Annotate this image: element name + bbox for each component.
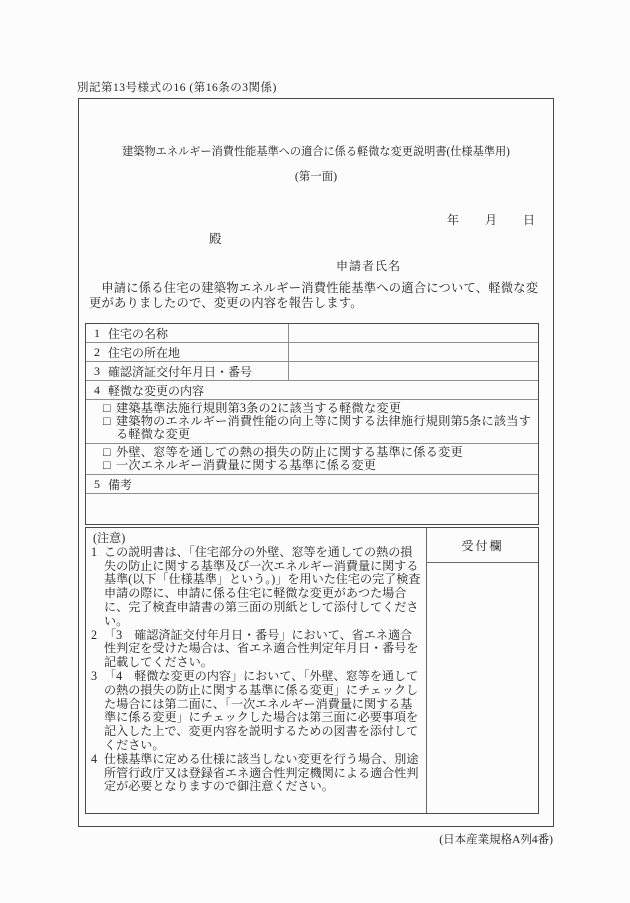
notes-title: (注意)	[91, 532, 422, 546]
table-row-minor-change-header: 4 軽微な変更の内容	[86, 381, 538, 400]
scanned-form-page: 別記第13号様式の16 (第16条の3関係) 建築物エネルギー消費性能基準への適…	[0, 0, 630, 903]
note-item-1: 1この説明書は、「住宅部分の外壁、窓等を通しての熱の損失の防止に関する基準及び一…	[91, 546, 422, 629]
checkbox-group-regulation: □建築基準法施行規則第3条の2に該当する軽微な変更 □建築物のエネルギー消費性能…	[86, 400, 538, 444]
row-number: 1	[86, 326, 108, 341]
house-name-value-cell	[289, 324, 538, 342]
row-number: 2	[86, 345, 108, 360]
reception-stamp-area	[427, 563, 538, 813]
note-text: この説明書は、「住宅部分の外壁、窓等を通しての熱の損失の防止に関する基準及び一次…	[104, 545, 420, 628]
checkbox-label: 建築基準法施行規則第3条の2に該当する軽微な変更	[116, 401, 401, 415]
checkbox-icon: □	[103, 459, 116, 472]
house-location-value-cell	[289, 343, 538, 361]
table-row-house-name: 1 住宅の名称	[86, 324, 538, 343]
row-label: 確認済証交付年月日・番号	[108, 363, 252, 380]
row-label: 住宅の所在地	[108, 344, 180, 361]
row-label-cell: 2 住宅の所在地	[86, 343, 289, 361]
page-face-label: (第一面)	[79, 168, 553, 184]
row-label-cell: 1 住宅の名称	[86, 324, 289, 342]
row-number: 5	[86, 477, 108, 492]
form-border-box: 建築物エネルギー消費性能基準への適合に係る軽微な変更説明書(仕様基準用) (第一…	[78, 98, 554, 827]
row-label: 備考	[108, 476, 132, 493]
form-number-label: 別記第13号様式の16 (第16条の3関係)	[77, 79, 277, 95]
note-text: 「3 確認済証交付年月日・番号」において、省エネ適合性判定を受けた場合は、省エネ…	[104, 628, 418, 670]
note-number: 4	[91, 753, 104, 767]
note-text: 「4 軽微な変更の内容」において、「外壁、窓等を通しての熱の損失の防止に関する基…	[104, 669, 418, 752]
date-line: 年 月 日	[447, 211, 535, 228]
confirmation-cert-value-cell	[289, 362, 538, 380]
applicant-name-label: 申請者氏名	[336, 257, 401, 274]
checkbox-label: 外壁、窓等を通しての熱の損失の防止に関する基準に係る変更	[116, 445, 463, 459]
date-year-label: 年	[447, 213, 459, 227]
date-month-label: 月	[485, 213, 497, 227]
main-table: 1 住宅の名称 2 住宅の所在地 3 確認済証交付年月日・番号	[85, 323, 539, 525]
row-label: 軽微な変更の内容	[108, 382, 204, 399]
row-number: 4	[86, 383, 108, 398]
note-number: 2	[91, 629, 104, 643]
checkbox-item-primary-energy: □一次エネルギー消費量に関する基準に係る変更	[86, 459, 534, 472]
form-title: 建築物エネルギー消費性能基準への適合に係る軽微な変更説明書(仕様基準用)	[79, 143, 553, 159]
note-text: 仕様基準に定める仕様に該当しない変更を行う場合、別途所管行政庁又は登録省エネ適合…	[104, 752, 418, 794]
note-number: 3	[91, 670, 104, 684]
table-row-remarks-header: 5 備考	[86, 475, 538, 494]
checkbox-item-energy-law: □建築物のエネルギー消費性能の向上等に関する法律施行規則第5条に該当する軽微な変…	[86, 415, 534, 441]
note-item-3: 3「4 軽微な変更の内容」において、「外壁、窓等を通しての熱の損失の防止に関する…	[91, 670, 422, 753]
paper-size-note: (日本産業規格A列4番)	[439, 831, 553, 847]
notes-box: (注意) 1この説明書は、「住宅部分の外壁、窓等を通しての熱の損失の防止に関する…	[85, 527, 539, 814]
row-label-cell: 3 確認済証交付年月日・番号	[86, 362, 289, 380]
row-number: 3	[86, 364, 108, 379]
date-day-label: 日	[523, 213, 535, 227]
note-item-4: 4仕様基準に定める仕様に該当しない変更を行う場合、別途所管行政庁又は登録省エネ適…	[91, 753, 422, 794]
remarks-value-cell	[86, 494, 538, 524]
checkbox-group-standards: □外壁、窓等を通しての熱の損失の防止に関する基準に係る変更 □一次エネルギー消費…	[86, 444, 538, 475]
intro-paragraph: 申請に係る住宅の建築物エネルギー消費性能基準への適合について、軽微な変更がありま…	[89, 281, 541, 311]
table-row-house-location: 2 住宅の所在地	[86, 343, 538, 362]
note-number: 1	[91, 546, 104, 560]
row-label: 住宅の名称	[108, 325, 168, 342]
checkbox-label: 一次エネルギー消費量に関する基準に係る変更	[116, 458, 376, 472]
checkbox-label: 建築物のエネルギー消費性能の向上等に関する法律施行規則第5条に該当する軽微な変更	[116, 414, 531, 441]
notes-text-column: (注意) 1この説明書は、「住宅部分の外壁、窓等を通しての熱の損失の防止に関する…	[86, 528, 426, 813]
checkbox-icon: □	[103, 415, 116, 428]
reception-column: 受付欄	[426, 528, 538, 813]
addressee-suffix: 殿	[209, 229, 222, 247]
reception-header: 受付欄	[427, 528, 538, 563]
table-row-confirmation-cert: 3 確認済証交付年月日・番号	[86, 362, 538, 381]
note-item-2: 2「3 確認済証交付年月日・番号」において、省エネ適合性判定を受けた場合は、省エ…	[91, 629, 422, 670]
